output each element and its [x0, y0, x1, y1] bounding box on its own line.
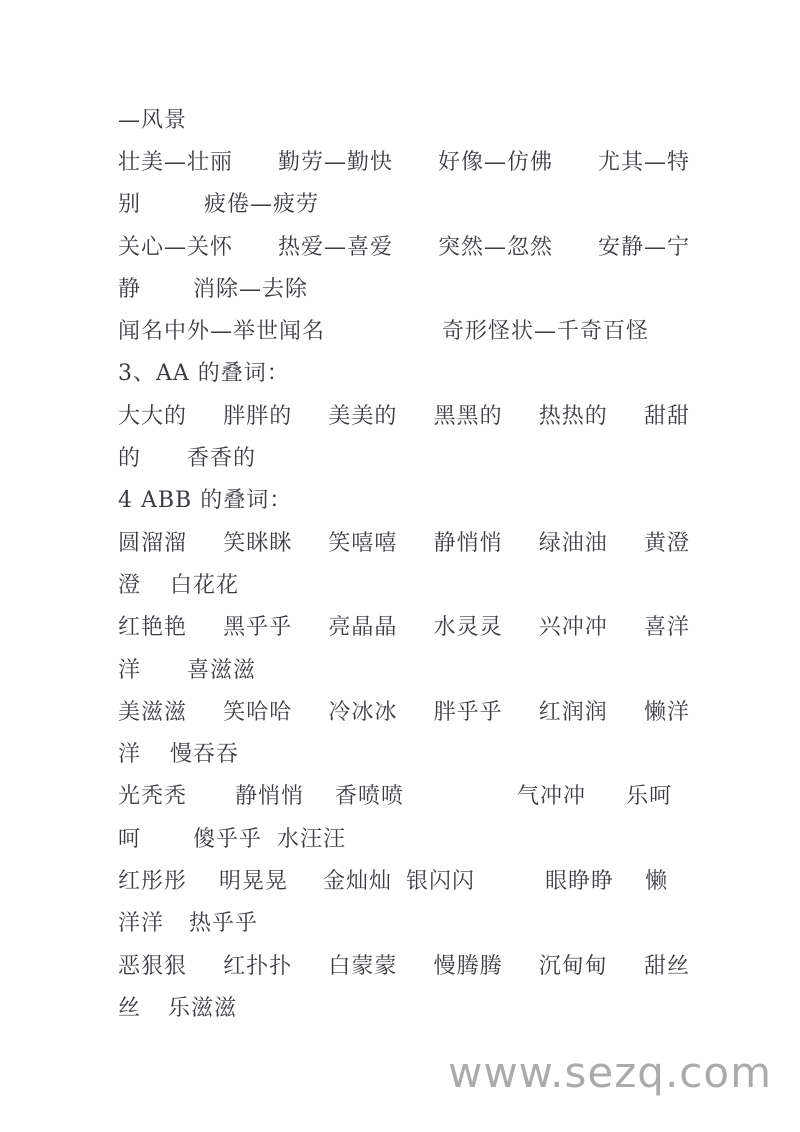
word-segment: 红艳艳 [118, 610, 187, 641]
word-segment: 红扑扑 [223, 949, 292, 980]
word-segment: 喜滋滋 [187, 653, 256, 684]
word-segment: 冷冰冰 [328, 695, 397, 726]
document-line: 恶狠狠红扑扑白蒙蒙慢腾腾沉甸甸甜丝 [118, 943, 690, 985]
word-segment: 香喷喷 [335, 779, 404, 810]
document-line: 大大的胖胖的美美的黑黑的热热的甜甜 [118, 393, 690, 435]
word-segment: 恶狠狠 [118, 949, 187, 980]
word-segment: 热乎乎 [189, 906, 258, 937]
word-segment: 兴冲冲 [539, 610, 608, 641]
word-segment: 笑眯眯 [223, 526, 292, 557]
word-segment: 闻名中外—举世闻名 [118, 314, 325, 345]
document-page: —风景壮美—壮丽勤劳—勤快好像—仿佛尤其—特别疲倦—疲劳关心—关怀热爱—喜爱突然… [0, 0, 800, 1132]
word-segment: 光秃秃 [118, 779, 187, 810]
word-segment: 的 [118, 441, 141, 472]
word-segment: 笑哈哈 [223, 695, 292, 726]
word-segment: 黑乎乎 [223, 610, 292, 641]
word-segment: 呵 [118, 822, 141, 853]
word-segment: —风景 [118, 103, 187, 134]
word-segment: 美美的 [328, 399, 397, 430]
word-segment: 慢吞吞 [170, 737, 239, 768]
document-line: 澄白花花 [118, 562, 690, 604]
word-segment: 慢腾腾 [434, 949, 503, 980]
document-line: 光秃秃静悄悄香喷喷气冲冲乐呵 [118, 774, 690, 816]
document-lines: —风景壮美—壮丽勤劳—勤快好像—仿佛尤其—特别疲倦—疲劳关心—关怀热爱—喜爱突然… [118, 97, 690, 1028]
document-line: 圆溜溜笑眯眯笑嘻嘻静悄悄绿油油黄澄 [118, 520, 690, 562]
document-line: 红彤彤明晃晃金灿灿银闪闪眼睁睁懒 [118, 858, 690, 900]
word-segment: 黄澄 [644, 526, 690, 557]
word-segment: 黑黑的 [434, 399, 503, 430]
word-segment: 水汪汪 [277, 822, 346, 853]
document-line: 的香香的 [118, 435, 690, 477]
word-segment: 安静—宁 [598, 230, 690, 261]
word-segment: 甜甜 [644, 399, 690, 430]
word-segment: 白蒙蒙 [328, 949, 397, 980]
word-segment: 气冲冲 [517, 779, 586, 810]
word-segment: 眼睁睁 [545, 864, 614, 895]
word-segment: 疲倦—疲劳 [204, 187, 319, 218]
word-segment: 圆溜溜 [118, 526, 187, 557]
word-segment: 热热的 [539, 399, 608, 430]
word-segment: 3、AA 的叠词： [118, 356, 290, 387]
word-segment: 尤其—特 [598, 145, 690, 176]
document-line: 洋喜滋滋 [118, 647, 690, 689]
word-segment: 热爱—喜爱 [278, 230, 393, 261]
word-segment: 好像—仿佛 [438, 145, 553, 176]
document-line: 美滋滋笑哈哈冷冰冰胖乎乎红润润懒洋 [118, 689, 690, 731]
word-segment: 澄 [118, 568, 141, 599]
word-segment: 消除—去除 [193, 272, 308, 303]
document-line: 洋慢吞吞 [118, 731, 690, 773]
word-segment: 红彤彤 [118, 864, 187, 895]
document-line: 3、AA 的叠词： [118, 351, 690, 393]
document-line: 别疲倦—疲劳 [118, 182, 690, 224]
word-segment: 乐呵 [626, 779, 672, 810]
watermark: www.sezq.com [448, 1048, 772, 1097]
word-segment: 绿油油 [539, 526, 608, 557]
word-segment: 金灿灿 [323, 864, 392, 895]
word-segment: 洋洋 [118, 906, 164, 937]
word-segment: 乐滋滋 [168, 991, 237, 1022]
word-segment: 喜洋 [644, 610, 690, 641]
word-segment: 懒 [645, 864, 668, 895]
document-line: 闻名中外—举世闻名奇形怪状—千奇百怪 [118, 308, 690, 350]
word-segment: 静 [118, 272, 141, 303]
word-segment: 静悄悄 [235, 779, 304, 810]
word-segment: 亮晶晶 [328, 610, 397, 641]
document-line: 关心—关怀热爱—喜爱突然—忽然安静—宁 [118, 224, 690, 266]
word-segment: 傻乎乎 [193, 822, 262, 853]
word-segment: 水灵灵 [434, 610, 503, 641]
document-line: 呵傻乎乎水汪汪 [118, 816, 690, 858]
word-segment: 美滋滋 [118, 695, 187, 726]
word-segment: 胖乎乎 [434, 695, 503, 726]
word-segment: 丝 [118, 991, 141, 1022]
document-line: 丝乐滋滋 [118, 985, 690, 1027]
word-segment: 突然—忽然 [438, 230, 553, 261]
word-segment: 洋 [118, 653, 141, 684]
word-segment: 红润润 [539, 695, 608, 726]
document-line: 洋洋热乎乎 [118, 901, 690, 943]
word-segment: 沉甸甸 [539, 949, 608, 980]
document-line: —风景 [118, 97, 690, 139]
word-segment: 银闪闪 [406, 864, 475, 895]
word-segment: 4 ABB 的叠词： [118, 483, 292, 514]
document-line: 4 ABB 的叠词： [118, 478, 690, 520]
word-segment: 壮美—壮丽 [118, 145, 233, 176]
word-segment: 笑嘻嘻 [328, 526, 397, 557]
word-segment: 勤劳—勤快 [278, 145, 393, 176]
word-segment: 胖胖的 [223, 399, 292, 430]
word-segment: 静悄悄 [434, 526, 503, 557]
word-segment: 明晃晃 [219, 864, 288, 895]
word-segment: 洋 [118, 737, 141, 768]
word-segment: 大大的 [118, 399, 187, 430]
word-segment: 别 [118, 187, 141, 218]
word-segment: 甜丝 [644, 949, 690, 980]
document-line: 静消除—去除 [118, 266, 690, 308]
word-segment: 白花花 [170, 568, 239, 599]
document-line: 壮美—壮丽勤劳—勤快好像—仿佛尤其—特 [118, 139, 690, 181]
word-segment: 关心—关怀 [118, 230, 233, 261]
word-segment: 香香的 [187, 441, 256, 472]
word-segment: 懒洋 [644, 695, 690, 726]
word-segment: 奇形怪状—千奇百怪 [442, 314, 649, 345]
document-line: 红艳艳黑乎乎亮晶晶水灵灵兴冲冲喜洋 [118, 605, 690, 647]
